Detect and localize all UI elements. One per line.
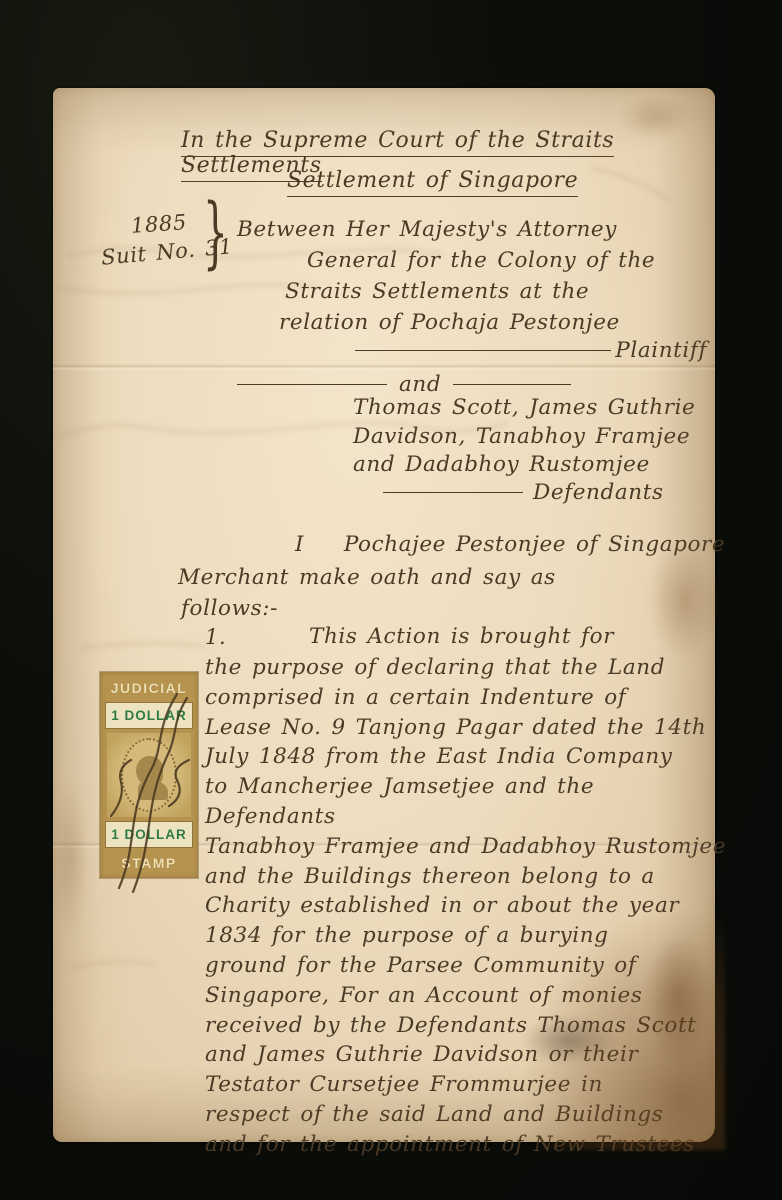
body-line: July 1848 from the East India Company [205, 742, 730, 772]
body-line: Tanabhoy Framjee and Dadabhoy Rustomjee [205, 832, 730, 862]
body-line: and for the appointment of New Trustees [205, 1130, 730, 1160]
and-dash-rule-right [453, 384, 571, 385]
defendant-line: Thomas Scott, James Guthrie [353, 394, 753, 423]
body-line: the purpose of declaring that the Land [205, 653, 730, 683]
defendant-line: Davidson, Tanabhoy Framjee [353, 423, 753, 452]
body-line: respect of the said Land and Buildings [205, 1100, 730, 1130]
document-page: In the Supreme Court of the Straits Sett… [53, 88, 715, 1142]
defendants-dash-rule [383, 492, 523, 493]
affidavit-opening-line3: follows:- [181, 596, 278, 621]
court-heading-line2: Settlement of Singapore [287, 168, 578, 193]
portrait-silhouette [136, 756, 163, 786]
clause-first-line: This Action is brought for [309, 624, 614, 649]
defendants-row: Defendants [383, 480, 701, 505]
between-line: Between Her Majesty's Attorney [237, 214, 727, 245]
body-line: 1834 for the purpose of a burying [205, 921, 730, 951]
defendants-names: Thomas Scott, James Guthrie Davidson, Ta… [353, 394, 753, 480]
stamp-stamp-label: STAMP [103, 850, 195, 875]
stain-left-edge [49, 778, 89, 938]
plaintiff-label: Plaintiff [615, 338, 707, 363]
body-line: to Mancherjee Jamsetjee and the Defendan… [205, 772, 730, 832]
stamp-value-top: 1 DOLLAR [105, 702, 193, 729]
body-line: comprised in a certain Indenture of [205, 683, 730, 713]
plaintiff-row: Plaintiff [355, 338, 707, 363]
stamp-value-bottom: 1 DOLLAR [105, 821, 193, 848]
affidavit-opening-line1: I Pochajee Pestonjee of Singapore [295, 532, 725, 557]
case-brace: } [203, 188, 228, 278]
stamp-judicial-label: JUDICIAL [103, 675, 195, 700]
between-line: Straits Settlements at the [237, 276, 727, 307]
stain-right-edge [647, 540, 721, 660]
body-line: and the Buildings thereon belong to a [205, 862, 730, 892]
court-heading-line2-text: Settlement of Singapore [287, 168, 578, 197]
judicial-stamp: JUDICIAL 1 DOLLAR 1 DOLLAR STAMP [100, 672, 198, 878]
clause-number: 1. [205, 625, 226, 649]
body-line: Lease No. 9 Tanjong Pagar dated the 14th [205, 713, 730, 743]
and-dash-rule-left [237, 384, 387, 385]
defendants-label: Defendants [533, 480, 664, 505]
case-year: 1885 [130, 210, 187, 238]
queen-victoria-portrait-icon [121, 738, 177, 812]
affidavit-body: the purpose of declaring that the Land c… [205, 653, 730, 1160]
body-line: and James Guthrie Davidson or their [205, 1040, 730, 1070]
body-line: received by the Defendants Thomas Scott [205, 1011, 730, 1041]
between-line: relation of Pochaja Pestonjee [237, 307, 727, 338]
body-line: Testator Cursetjee Frommurjee in [205, 1070, 730, 1100]
photo-background: In the Supreme Court of the Straits Sett… [0, 0, 782, 1200]
affidavit-opening-line2: Merchant make oath and say as [178, 565, 556, 590]
between-clause: Between Her Majesty's Attorney General f… [237, 214, 727, 338]
body-line: Singapore, For an Account of monies [205, 981, 730, 1011]
plaintiff-dash-rule [355, 350, 611, 351]
body-line: Charity established in or about the year [205, 891, 730, 921]
body-line: ground for the Parsee Community of [205, 951, 730, 981]
fold-crease-upper [53, 364, 715, 371]
stamp-portrait-area [107, 733, 191, 817]
between-line: General for the Colony of the [237, 245, 727, 276]
defendant-line: and Dadabhoy Rustomjee [353, 451, 753, 480]
